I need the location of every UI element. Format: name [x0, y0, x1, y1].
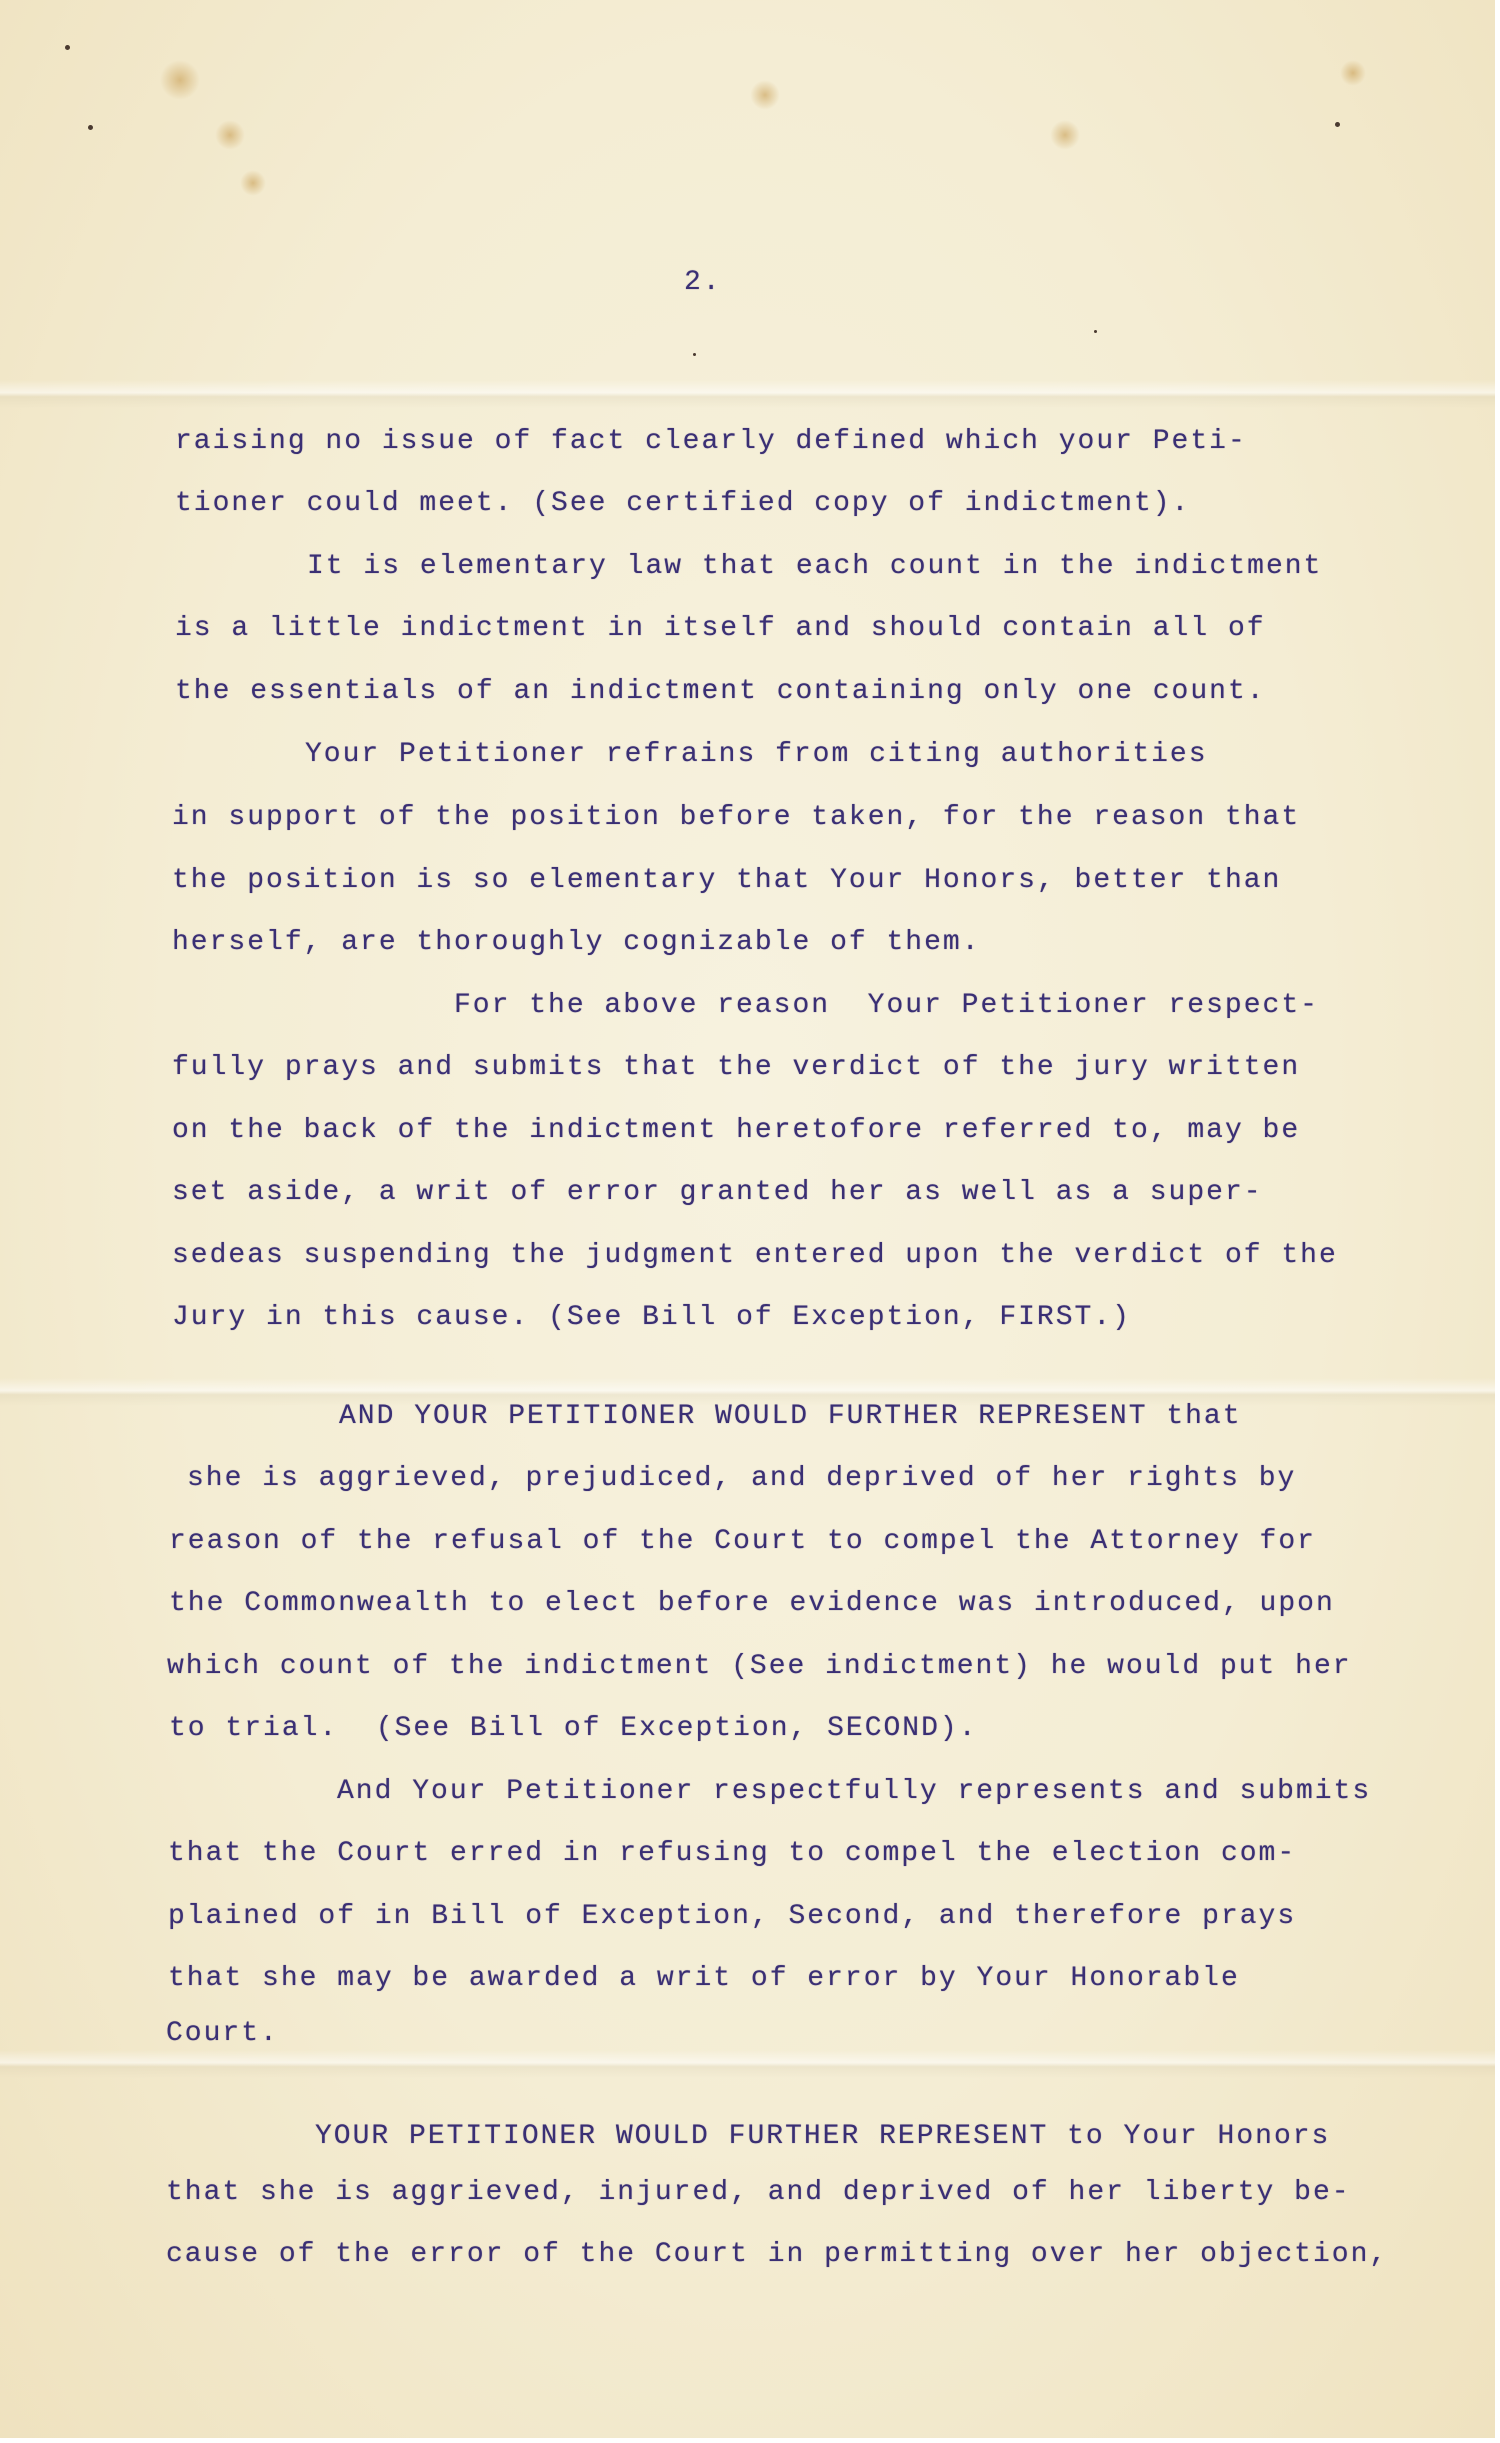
- text-line: plained of in Bill of Exception, Second,…: [168, 1902, 1296, 1932]
- paper-blemish: [693, 353, 696, 356]
- text-line: Jury in this cause. (See Bill of Excepti…: [172, 1303, 1131, 1333]
- text-line: tioner could meet. (See certified copy o…: [175, 489, 1190, 519]
- text-line: the Commonwealth to elect before evidenc…: [169, 1589, 1335, 1619]
- foxing-spot: [750, 80, 780, 110]
- foxing-spot: [160, 60, 200, 100]
- text-line: For the above reason Your Petitioner res…: [454, 991, 1319, 1021]
- text-line: in support of the position before taken,…: [172, 803, 1300, 833]
- text-line: the essentials of an indictment containi…: [175, 677, 1266, 707]
- foxing-spot: [1340, 60, 1366, 86]
- page-number: 2.: [684, 268, 722, 298]
- text-line: that she may be awarded a writ of error …: [168, 1964, 1240, 1994]
- text-line: And Your Petitioner respectfully represe…: [337, 1777, 1371, 1807]
- text-line: that she is aggrieved, injured, and depr…: [166, 2178, 1351, 2208]
- paper-fold: [0, 2050, 1495, 2078]
- text-line: sedeas suspending the judgment entered u…: [172, 1241, 1338, 1271]
- text-line: raising no issue of fact clearly defined…: [175, 427, 1247, 457]
- text-line: the position is so elementary that Your …: [172, 866, 1281, 896]
- text-line: reason of the refusal of the Court to co…: [169, 1527, 1316, 1557]
- paper-blemish: [65, 45, 70, 50]
- document-page: 2. raising no issue of fact clearly defi…: [0, 0, 1495, 2438]
- text-line: Your Petitioner refrains from citing aut…: [305, 740, 1208, 770]
- paper-blemish: [1335, 122, 1340, 127]
- paper-blemish: [1094, 330, 1097, 333]
- paper-blemish: [88, 125, 93, 130]
- text-line: on the back of the indictment heretofore…: [172, 1116, 1300, 1146]
- text-line: to trial. (See Bill of Exception, SECOND…: [169, 1714, 978, 1744]
- foxing-spot: [215, 120, 245, 150]
- text-line: that the Court erred in refusing to comp…: [168, 1839, 1296, 1869]
- text-line: is a little indictment in itself and sho…: [175, 614, 1266, 644]
- text-line: Court.: [166, 2019, 279, 2049]
- foxing-spot: [240, 170, 266, 196]
- text-line: cause of the error of the Court in permi…: [166, 2240, 1388, 2270]
- text-line: AND YOUR PETITIONER WOULD FURTHER REPRES…: [339, 1402, 1242, 1432]
- paper-fold: [0, 380, 1495, 408]
- foxing-spot: [1050, 120, 1080, 150]
- text-line: she is aggrieved, prejudiced, and depriv…: [187, 1464, 1296, 1494]
- text-line: herself, are thoroughly cognizable of th…: [172, 928, 981, 958]
- text-line: It is elementary law that each count in …: [307, 552, 1322, 582]
- text-line: which count of the indictment (See indic…: [167, 1652, 1352, 1682]
- text-line: YOUR PETITIONER WOULD FURTHER REPRESENT …: [315, 2122, 1330, 2152]
- text-line: set aside, a writ of error granted her a…: [172, 1178, 1263, 1208]
- text-line: fully prays and submits that the verdict…: [172, 1053, 1300, 1083]
